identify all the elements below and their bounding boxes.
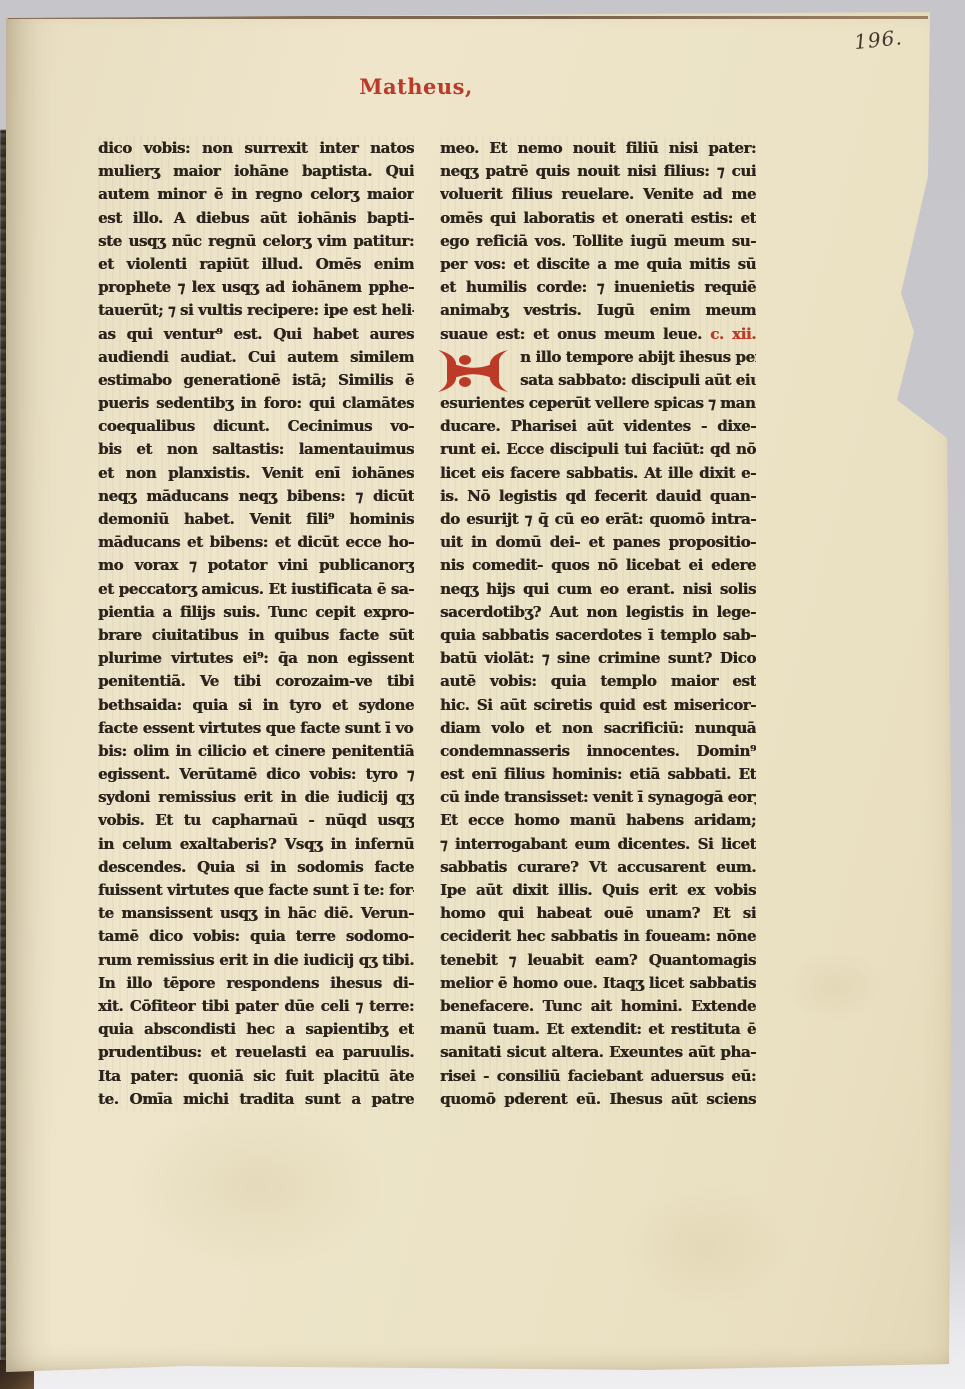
text-line: prophete ⁊ lex usqʒ ad iohānem pphe- bbox=[98, 276, 414, 299]
text-line: vobis. Et tu capharnaū - nūqd usqʒ bbox=[98, 809, 414, 832]
text-line: batū violāt: ⁊ sine crimine sunt? Dico bbox=[440, 647, 756, 670]
text-line: penitentiā. Ve tibi corozaim-ve tibi bbox=[98, 670, 414, 693]
text-line: animabʒ vestris. Iugū enim meum bbox=[440, 299, 756, 322]
text-line: homo qui habeat ouē unam? Et si bbox=[440, 902, 756, 925]
page-top-edge bbox=[8, 16, 928, 19]
chapter-twelve-start: n illo tempore abijt ihesus persata sabb… bbox=[440, 346, 756, 1111]
text-line: In illo tēpore respondens ihesus di- bbox=[98, 972, 414, 995]
text-line: manū tuam. Et extendit: et restituta ē bbox=[440, 1018, 756, 1041]
text-line: pueris sedentibʒ in foro: qui clamātes bbox=[98, 392, 414, 415]
text-line: ⁊ interrogabant eum dicentes. Si licet bbox=[440, 833, 756, 856]
text-line: tamē dico vobis: quia terre sodomo- bbox=[98, 925, 414, 948]
text-column-left: dico vobis: non surrexit inter natosmuli… bbox=[98, 137, 414, 1111]
text-line: te mansissent usqʒ in hāc diē. Verun- bbox=[98, 902, 414, 925]
text-line: Et ecce homo manū habens aridam; bbox=[440, 809, 756, 832]
text-line: benefacere. Tunc ait homini. Extende bbox=[440, 995, 756, 1018]
text-line: coequalibus dicunt. Cecinimus vo- bbox=[98, 415, 414, 438]
text-line: et peccatorʒ amicus. Et iustificata ē sa… bbox=[98, 578, 414, 601]
text-line: neqʒ patrē quis nouit nisi filius: ⁊ cui bbox=[440, 160, 756, 183]
text-line: sabbatis curare? Vt accusarent eum. bbox=[440, 856, 756, 879]
text-line: plurime virtutes ei⁹: q̄a non egissent bbox=[98, 647, 414, 670]
text-line: fuissent virtutes que facte sunt ī te: f… bbox=[98, 879, 414, 902]
text-line: omēs qui laboratis et onerati estis: et bbox=[440, 207, 756, 230]
text-line: audiendi audiat. Cui autem similem bbox=[98, 346, 414, 369]
text-line: esurientes ceperūt vellere spicas ⁊ man- bbox=[440, 392, 756, 415]
text-line: bethsaida: quia si in tyro et sydone bbox=[98, 694, 414, 717]
text-line: bis: olim in cilicio et cinere penitenti… bbox=[98, 740, 414, 763]
text-line: is. Nō legistis qd fecerit dauid quan- bbox=[440, 485, 756, 508]
text-line: dico vobis: non surrexit inter natos bbox=[98, 137, 414, 160]
text-line: quomō pderent eū. Ihesus aūt sciens bbox=[440, 1088, 756, 1111]
text-line: autem minor ē in regno celorʒ maior bbox=[98, 183, 414, 206]
text-line: autē vobis: quia templo maior est bbox=[440, 670, 756, 693]
text-line: do esurijt ⁊ q̄ cū eo erāt: quomō intra- bbox=[440, 508, 756, 531]
text-line: est enī filius hominis: etiā sabbati. Et bbox=[440, 763, 756, 786]
illuminated-initial-I-icon bbox=[434, 348, 512, 394]
text-line: mo vorax ⁊ potator vini publicanorʒ bbox=[98, 554, 414, 577]
text-line: neqʒ māducans neqʒ bibens: ⁊ dicūt bbox=[98, 485, 414, 508]
text-line: mulierʒ maior iohāne baptista. Qui bbox=[98, 160, 414, 183]
text-line: estimabo generationē istā; Similis ē bbox=[98, 369, 414, 392]
text-line: ste usqʒ nūc regnū celorʒ vim patitur: bbox=[98, 230, 414, 253]
text-line: et humilis corde: ⁊ inuenietis requiē bbox=[440, 276, 756, 299]
text-line: ceciderit hec sabbatis in foueam: nōne bbox=[440, 925, 756, 948]
text-line: prudentibus: et reuelasti ea paruulis. bbox=[98, 1041, 414, 1064]
text-line: et non planxistis. Venit enī iohānes bbox=[98, 462, 414, 485]
text-line: runt ei. Ecce discipuli tui faciūt: qd n… bbox=[440, 438, 756, 461]
text-line: sydoni remissius erit in die iudicij qʒ bbox=[98, 786, 414, 809]
text-line-with-chapter-marker: suaue est: et onus meum leue. c. xii. bbox=[440, 323, 756, 346]
text-line: te. Omīa michi tradita sunt a patre bbox=[98, 1088, 414, 1111]
text-line: facte essent virtutes que facte sunt ī v… bbox=[98, 717, 414, 740]
text-line: brare ciuitatibus in quibus facte sūt bbox=[98, 624, 414, 647]
text-line: cū inde transisset: venit ī synagogā eor… bbox=[440, 786, 756, 809]
text-line: tenebit ⁊ leuabit eam? Quantomagis bbox=[440, 949, 756, 972]
text-line: uit in domū dei- et panes propositio- bbox=[440, 531, 756, 554]
text-line: voluerit filius reuelare. Venite ad me bbox=[440, 183, 756, 206]
text-line: ducare. Pharisei aūt videntes - dixe- bbox=[440, 415, 756, 438]
text-line: demoniū habet. Venit fili⁹ hominis bbox=[98, 508, 414, 531]
chapter-marker: c. xii. bbox=[710, 325, 756, 343]
text-line: as qui ventur⁹ est. Qui habet aures bbox=[98, 323, 414, 346]
text-line: risei - consiliū faciebant aduersus eū: bbox=[440, 1065, 756, 1088]
text-line: nis comedit- quos nō licebat ei edere bbox=[440, 554, 756, 577]
text-line: neqʒ hijs qui cum eo erant. nisi solis bbox=[440, 578, 756, 601]
text-line: quia abscondisti hec a sapientibʒ et bbox=[98, 1018, 414, 1041]
scan-background: 196. Matheus, dico vobis: non surrexit i… bbox=[0, 0, 965, 1389]
text-line: Ita pater: quoniā sic fuit placitū āte bbox=[98, 1065, 414, 1088]
text-line: in celum exaltaberis? Vsqʒ in infernū bbox=[98, 833, 414, 856]
text-line: et violenti rapiūt illud. Omēs enim bbox=[98, 253, 414, 276]
text-line: condemnasseris innocentes. Domin⁹ bbox=[440, 740, 756, 763]
running-title: Matheus, bbox=[341, 74, 491, 99]
text-line: licet eis facere sabbatis. At ille dixit… bbox=[440, 462, 756, 485]
text-line: Ipe aūt dixit illis. Quis erit ex vobis bbox=[440, 879, 756, 902]
text-line: ego reficiā vos. Tollite iugū meum su- bbox=[440, 230, 756, 253]
text-line: sanitati sicut altera. Exeuntes aūt pha- bbox=[440, 1041, 756, 1064]
text-line: tauerūt; ⁊ si vultis recipere: ipe est h… bbox=[98, 299, 414, 322]
text-line: hic. Si aūt sciretis quid est misericor- bbox=[440, 694, 756, 717]
text-line: per vos: et discite a me quia mitis sū bbox=[440, 253, 756, 276]
text-line: melior ē homo oue. Itaqʒ licet sabbatis bbox=[440, 972, 756, 995]
text-line: māducans et bibens: et dicūt ecce ho- bbox=[98, 531, 414, 554]
verse-lines-top: meo. Et nemo nouit filiū nisi pater:neqʒ… bbox=[440, 137, 756, 323]
text-line: egissent. Verūtamē dico vobis: tyro ⁊ bbox=[98, 763, 414, 786]
verse-lines-bottom: esurientes ceperūt vellere spicas ⁊ man-… bbox=[440, 392, 756, 1111]
verse-text: suaue est: et onus meum leue. bbox=[440, 325, 702, 343]
text-line: est illo. A diebus aūt iohānis bapti- bbox=[98, 207, 414, 230]
text-line: diam volo et non sacrificiū: nunquā bbox=[440, 717, 756, 740]
text-line: rum remissius erit in die iudicij qʒ tib… bbox=[98, 949, 414, 972]
text-line: bis et non saltastis: lamentauimus bbox=[98, 438, 414, 461]
text-line: xit. Cōfiteor tibi pater dūe celi ⁊ terr… bbox=[98, 995, 414, 1018]
text-line: quia sabbatis sacerdotes ī templo sab- bbox=[440, 624, 756, 647]
text-column-right: meo. Et nemo nouit filiū nisi pater:neqʒ… bbox=[440, 137, 756, 1111]
folio-number: 196. bbox=[853, 22, 935, 54]
text-line: descendes. Quia si in sodomis facte bbox=[98, 856, 414, 879]
text-line: sacerdotibʒ? Aut non legistis in lege- bbox=[440, 601, 756, 624]
text-line: meo. Et nemo nouit filiū nisi pater: bbox=[440, 137, 756, 160]
manuscript-page: 196. Matheus, dico vobis: non surrexit i… bbox=[6, 6, 956, 1374]
text-line: pientia a filijs suis. Tunc cepit expro- bbox=[98, 601, 414, 624]
